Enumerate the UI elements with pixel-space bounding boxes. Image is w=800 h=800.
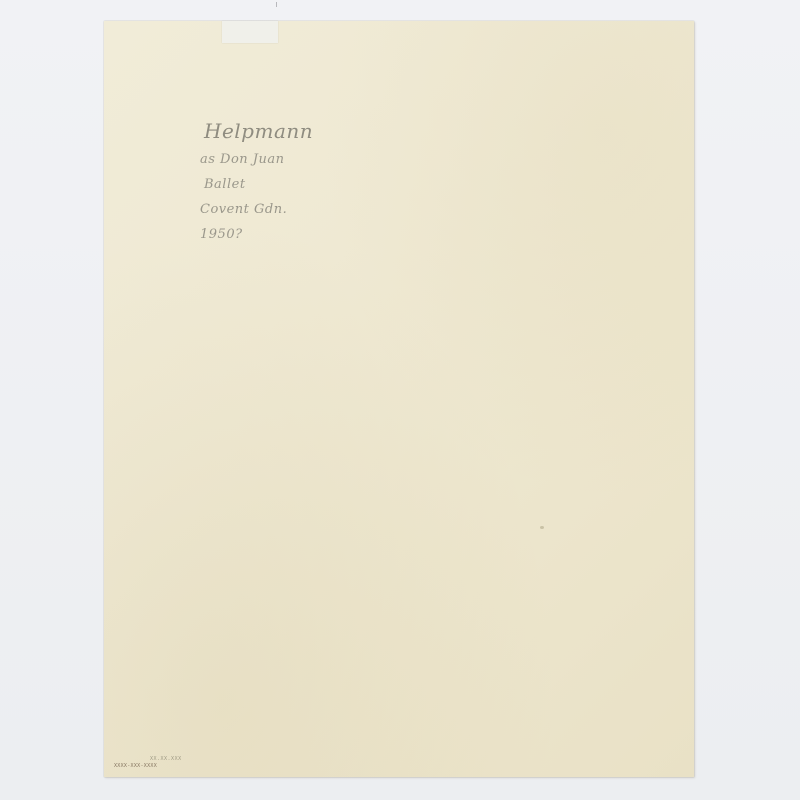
paper-speck: [540, 526, 544, 529]
pencil-inscription: Helpmann as Don Juan Ballet Covent Gdn. …: [200, 121, 313, 253]
inscription-venue: Covent Gdn.: [200, 203, 313, 216]
inscription-name: Helpmann: [204, 121, 313, 141]
photograph-backdrop: Helpmann as Don Juan Ballet Covent Gdn. …: [0, 0, 800, 800]
tape-strip-icon: [222, 21, 278, 43]
catalog-reference: XXXX-XXX-XXXX: [114, 763, 157, 769]
inscription-year: 1950?: [200, 228, 313, 241]
catalog-number: XX.XX.XXX: [150, 756, 182, 762]
inscription-role: as Don Juan: [200, 153, 313, 166]
paper-sheet: Helpmann as Don Juan Ballet Covent Gdn. …: [104, 21, 694, 777]
inscription-genre: Ballet: [204, 178, 313, 191]
backdrop-mark: [276, 2, 277, 7]
